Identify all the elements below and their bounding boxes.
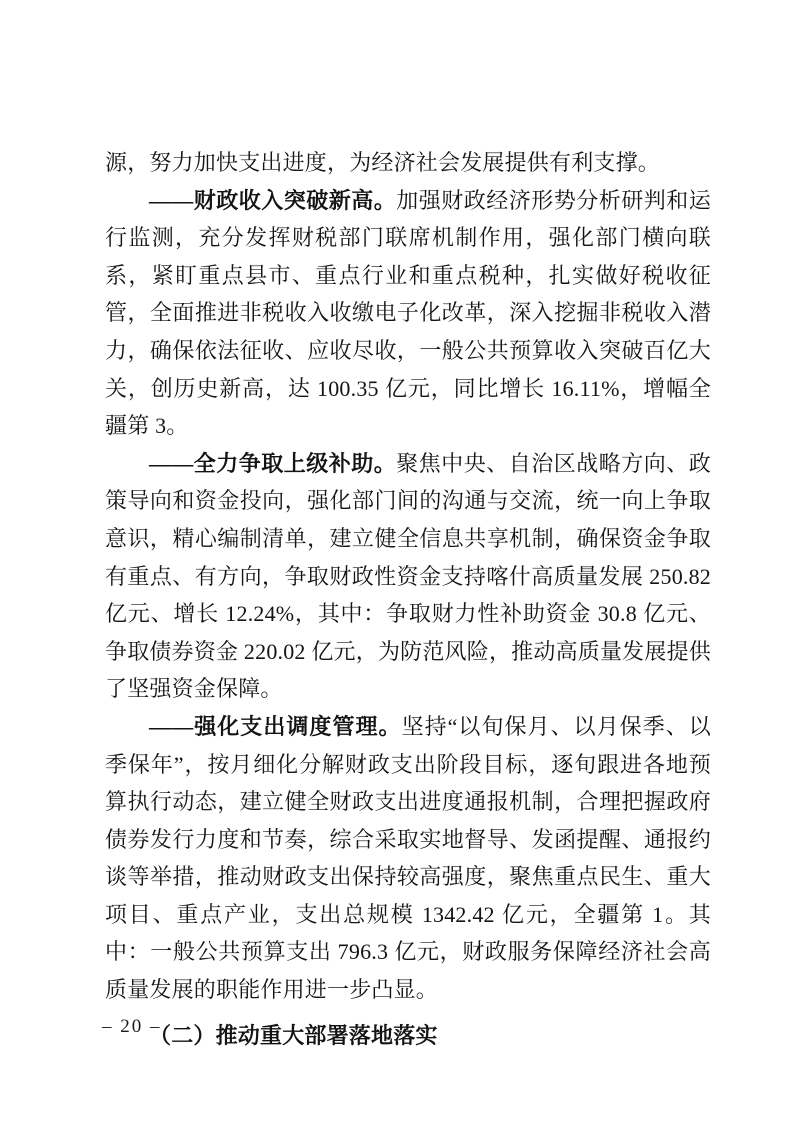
- page-number: – 20 –: [102, 1014, 162, 1040]
- paragraph-expenditure-management: ——强化支出调度管理。坚持“以旬保月、以月保季、以季保年”，按月细化分解财政支出…: [105, 708, 711, 1009]
- paragraph-lead: ——全力争取上级补助。: [149, 451, 396, 476]
- section-heading: （二）推动重大部署落地落实: [105, 1017, 711, 1055]
- paragraph-lead: ——财政收入突破新高。: [149, 188, 396, 213]
- paragraph-continuation: 源，努力加快支出进度，为经济社会发展提供有利支撑。: [105, 144, 711, 182]
- document-page: 源，努力加快支出进度，为经济社会发展提供有利支撑。 ——财政收入突破新高。加强财…: [0, 0, 793, 1122]
- paragraph-text: 聚焦中央、自治区战略方向、政策导向和资金投向，强化部门间的沟通与交流，统一向上争…: [105, 451, 711, 702]
- paragraph-text: 加强财政经济形势分析研判和运行监测，充分发挥财税部门联席机制作用，强化部门横向联…: [105, 188, 711, 439]
- paragraph-superior-subsidy: ——全力争取上级补助。聚焦中央、自治区战略方向、政策导向和资金投向，强化部门间的…: [105, 445, 711, 708]
- document-body: 源，努力加快支出进度，为经济社会发展提供有利支撑。 ——财政收入突破新高。加强财…: [105, 144, 711, 1054]
- paragraph-lead: ——强化支出调度管理。: [149, 714, 402, 739]
- paragraph-text: 坚持“以旬保月、以月保季、以季保年”，按月细化分解财政支出阶段目标，逐旬跟进各地…: [105, 714, 711, 1002]
- paragraph-revenue-record: ——财政收入突破新高。加强财政经济形势分析研判和运行监测，充分发挥财税部门联席机…: [105, 182, 711, 445]
